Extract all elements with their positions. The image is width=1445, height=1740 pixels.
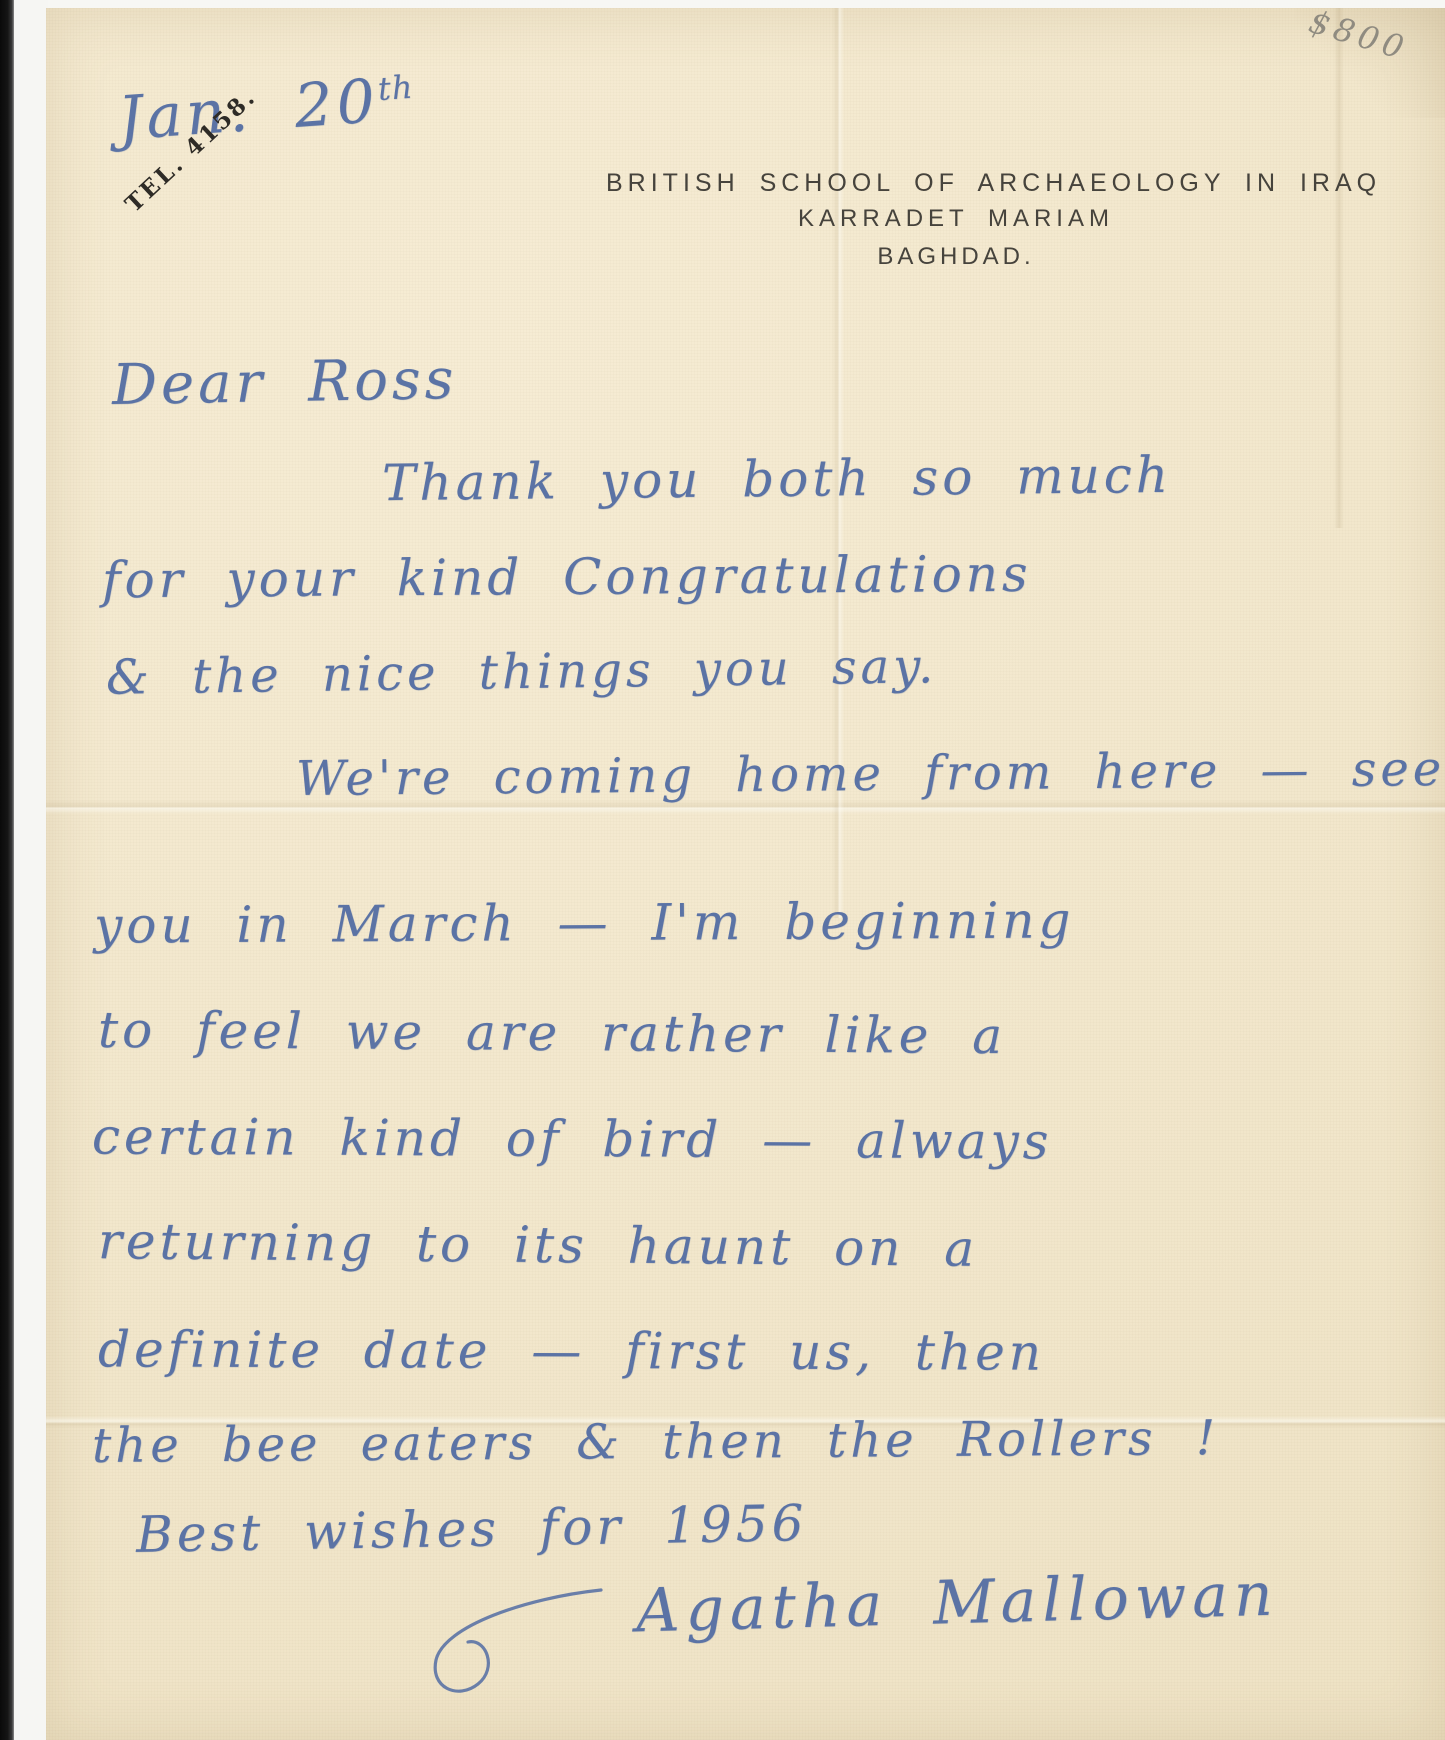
body-line: you in March — I'm beginning bbox=[94, 891, 1075, 954]
body-line: definite date — first us, then bbox=[98, 1320, 1045, 1381]
body-line: certain kind of bird — always bbox=[92, 1107, 1053, 1170]
letter-paper: $800 Jan. 20th TEL. 4158. BRITISH SCHOOL… bbox=[46, 8, 1445, 1740]
body-line: for your kind Congratulations bbox=[102, 545, 1032, 609]
body-line: returning to its haunt on a bbox=[98, 1212, 979, 1278]
signature: Agatha Mallowan bbox=[635, 1560, 1279, 1647]
date-suffix: th bbox=[377, 68, 415, 108]
scan-margin bbox=[14, 0, 48, 1740]
body-line: the bee eaters & then the Rollers ! bbox=[92, 1410, 1219, 1474]
body-line: to feel we are rather like a bbox=[98, 1001, 1006, 1065]
closing-line: Best wishes for 1956 bbox=[136, 1494, 808, 1564]
letterhead-street: KARRADET MARIAM bbox=[606, 200, 1306, 238]
signature-flourish bbox=[406, 1568, 616, 1723]
letterhead-city: BAGHDAD. bbox=[606, 238, 1306, 276]
body-line: & the nice things you say. bbox=[106, 638, 938, 706]
salutation: Dear Ross bbox=[111, 347, 457, 418]
letter-scan: $800 Jan. 20th TEL. 4158. BRITISH SCHOOL… bbox=[0, 0, 1445, 1740]
body-line: We're coming home from here — see bbox=[296, 741, 1445, 807]
letterhead: BRITISH SCHOOL OF ARCHAEOLOGY IN IRAQ KA… bbox=[606, 166, 1306, 276]
scanner-edge-strip bbox=[0, 0, 14, 1740]
handwritten-date: Jan. 20th bbox=[116, 64, 417, 155]
letterhead-institution: BRITISH SCHOOL OF ARCHAEOLOGY IN IRAQ bbox=[606, 166, 1306, 200]
body-line: Thank you both so much bbox=[382, 446, 1173, 512]
